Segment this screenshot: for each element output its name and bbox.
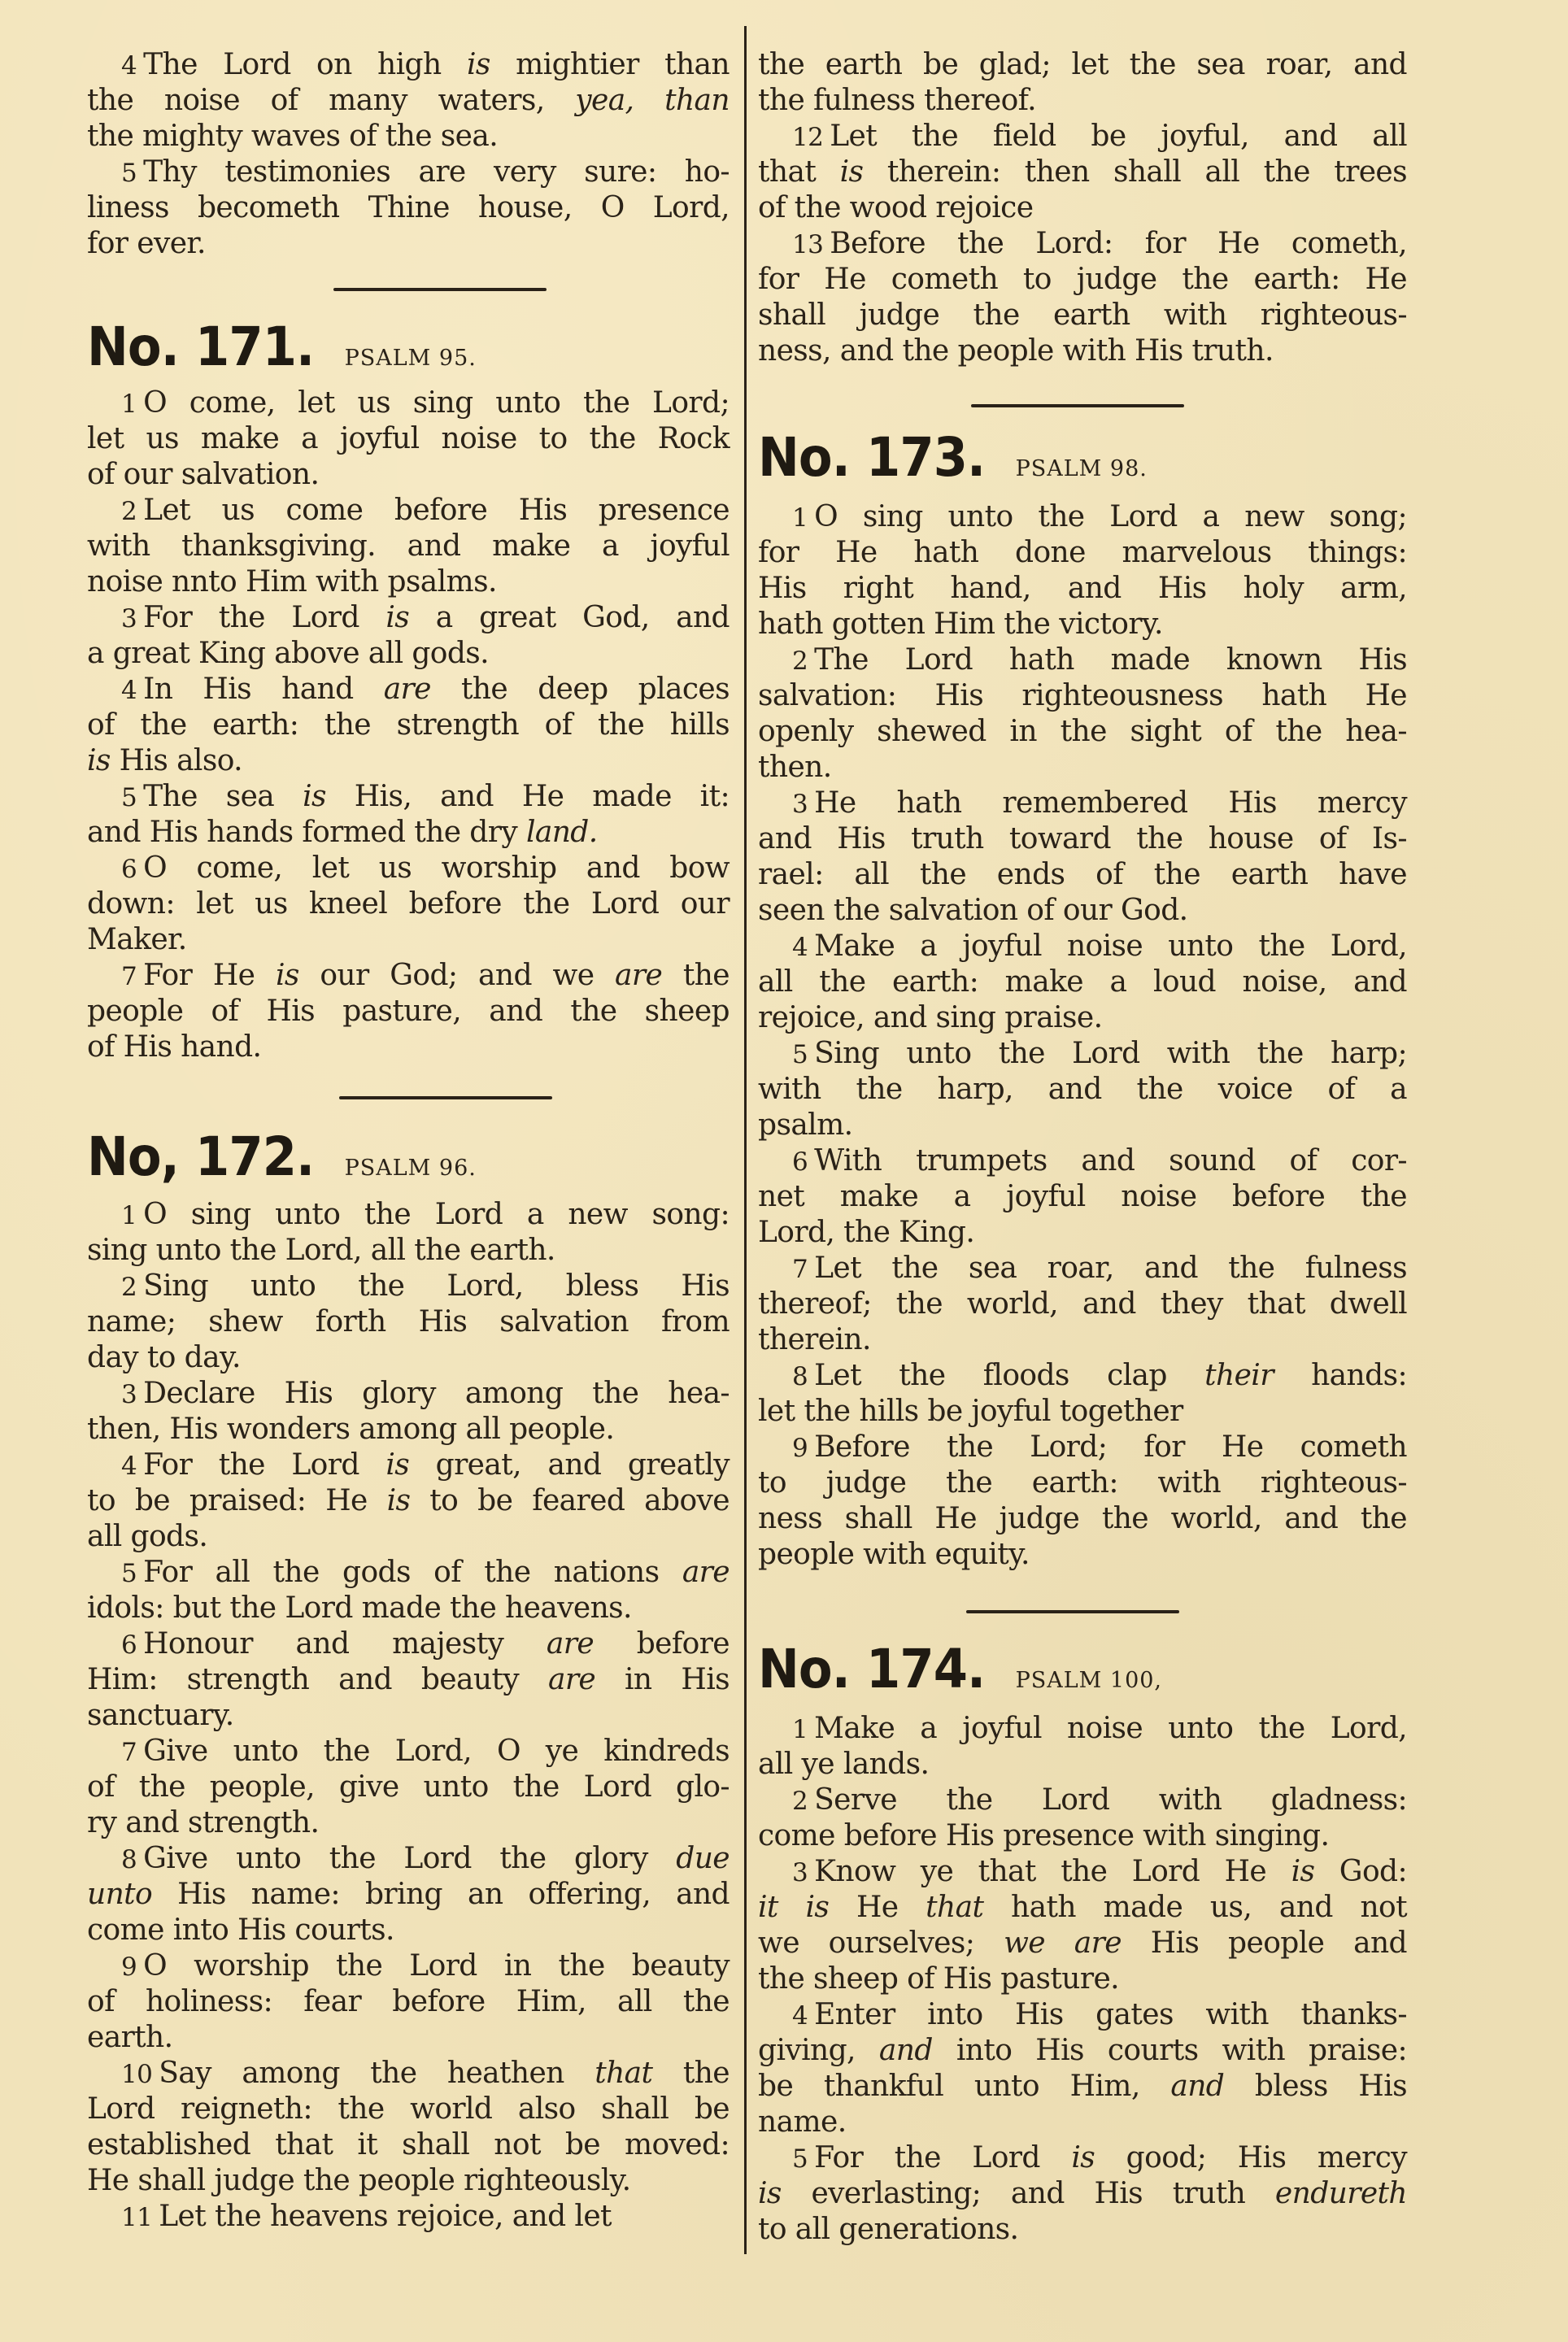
verse-line: people of His pasture, and the sheep [87,994,730,1030]
verse-number: 11 [121,2203,152,2232]
verse-number: 5 [792,1040,808,1069]
verse-line: His right hand, and His holy arm, [758,571,1407,607]
verse-line: the noise of many waters, yea, than [87,83,730,119]
verse-number: 5 [121,783,137,812]
verse-line: 2Sing unto the Lord, bless His [87,1269,730,1304]
verse-line: of holiness: fear before Him, all the [87,1984,730,2020]
verse-line: He shall judge the people righteously. [87,2163,730,2199]
verse-line: 5For the Lord is good; His mercy [758,2140,1407,2176]
verse-line: and His truth toward the house of Is- [758,821,1407,857]
verse-number: 8 [121,1845,137,1874]
verse-number: 3 [121,604,137,633]
verse-line: name. [758,2105,1407,2140]
verse-line: of the people, give unto the Lord glo- [87,1770,730,1805]
verse-line: openly shewed in the sight of the hea- [758,714,1407,750]
verse-line: net make a joyful noise before the [758,1179,1407,1215]
verse-line: unto His name: bring an offering, and [87,1877,730,1913]
verse-number: 4 [121,676,137,705]
verse-line: then, His wonders among all people. [87,1412,730,1447]
verse-line: name; shew forth His salvation from [87,1304,730,1340]
verse-number: 2 [792,646,808,676]
verse-line: all the earth: make a loud noise, and [758,964,1407,1000]
verse-number: 4 [121,51,137,81]
verse-number: 13 [792,230,823,259]
verse-line: 10Say among the heathen that the [87,2056,730,2092]
verse-line: 4Make a joyful noise unto the Lord, [758,929,1407,964]
verse-line: is His also. [87,743,730,779]
verse-line: noise nnto Him with psalms. [87,564,730,600]
verse-number: 2 [121,497,137,526]
verse-line: 2Let us come before His presence [87,493,730,529]
verse-number: 7 [121,1738,137,1767]
verse-line: established that it shall not be moved: [87,2127,730,2163]
right-column: the earth be glad; let the sea roar, and… [758,0,1407,2342]
verse-line: all ye lands. [758,1747,1407,1783]
verse-line: shall judge the earth with righteous- [758,298,1407,333]
verse-line: that is therein: then shall all the tree… [758,155,1407,190]
verse-number: 3 [792,790,808,819]
verse-line: 5Thy testimonies are very sure: ho- [87,155,730,190]
verse-line: and His hands formed the dry land. [87,815,730,851]
verse-line: the earth be glad; let the sea roar, and [758,47,1407,83]
section-rule [971,404,1184,407]
hymn-number: No. 174. [758,1638,985,1700]
verse-line: to be praised: He is to be feared above [87,1483,730,1519]
verse-line: of His hand. [87,1030,730,1065]
psalm-reference: PSALM 98. [1016,456,1148,481]
verse-line: 13Before the Lord: for He cometh, [758,226,1407,262]
verse-line: 2The Lord hath made known His [758,642,1407,678]
verse-line: 3For the Lord is a great God, and [87,600,730,636]
verse-number: 6 [121,1630,137,1660]
verse-line: we ourselves; we are His people and [758,1926,1407,1961]
verse-line: 9O worship the Lord in the beauty [87,1948,730,1984]
verse-line: salvation: His righteousness hath He [758,678,1407,714]
verse-line: Him: strength and beauty are in His [87,1662,730,1698]
hymn-number: No. 173. [758,426,985,489]
verse-line: 7Give unto the Lord, O ye kindreds [87,1734,730,1770]
verse-line: 6With trumpets and sound of cor- [758,1143,1407,1179]
verse-line: 3He hath remembered His mercy [758,786,1407,821]
verse-line: 8Give unto the Lord the glory due [87,1841,730,1877]
verse-line: let us make a joyful noise to the Rock [87,421,730,457]
hymn-172-text: 1O sing unto the Lord a new song:sing un… [87,1197,730,2235]
verse-line: psalm. [758,1108,1407,1143]
verse-line: the sheep of His pasture. [758,1961,1407,1997]
verse-line: come before His presence with singing. [758,1818,1407,1854]
verse-number: 1 [792,503,808,533]
verse-number: 4 [792,933,808,962]
psalm-93-continuation: 4The Lord on high is mightier thanthe no… [87,47,730,262]
verse-line: of the wood rejoice [758,190,1407,226]
verse-line: 4Enter into His gates with thanks- [758,1997,1407,2033]
psalm-reference: PSALM 100, [1016,1668,1162,1693]
verse-number: 4 [792,2001,808,2031]
verse-line: 1Make a joyful noise unto the Lord, [758,1711,1407,1747]
verse-line: liness becometh Thine house, O Lord, [87,190,730,226]
verse-line: a great King above all gods. [87,636,730,672]
verse-number: 3 [121,1380,137,1409]
verse-line: let the hills be joyful together [758,1394,1407,1430]
verse-line: idols: but the Lord made the heavens. [87,1591,730,1626]
verse-number: 1 [792,1715,808,1744]
verse-line: rael: all the ends of the earth have [758,857,1407,893]
hymn-number: No, 172. [87,1125,314,1188]
verse-line: 8Let the floods clap their hands: [758,1358,1407,1394]
verse-line: the fulness thereof. [758,83,1407,119]
verse-line: for He cometh to judge the earth: He [758,262,1407,298]
section-rule [333,288,547,291]
verse-number: 7 [121,962,137,991]
verse-line: therein. [758,1322,1407,1358]
hymn-174-text: 1Make a joyful noise unto the Lord,all y… [758,1711,1407,2248]
verse-line: 4The Lord on high is mightier than [87,47,730,83]
verse-line: 4In His hand are the deep places [87,672,730,707]
psalm-96-continuation: the earth be glad; let the sea roar, and… [758,47,1407,369]
verse-number: 7 [792,1255,808,1284]
verse-line: 3Know ye that the Lord He is God: [758,1854,1407,1890]
verse-number: 5 [792,2144,808,2174]
verse-number: 5 [121,159,137,188]
verse-number: 2 [121,1273,137,1302]
verse-line: ness, and the people with His truth. [758,333,1407,369]
section-rule [966,1610,1179,1613]
verse-number: 12 [792,123,823,152]
hymn-171-heading: No. 171. PSALM 95. [87,316,477,372]
verse-number: 2 [792,1787,808,1816]
hymn-173-heading: No. 173. PSALM 98. [758,426,1148,483]
verse-line: 7Let the sea roar, and the fulness [758,1251,1407,1286]
verse-line: 2Serve the Lord with gladness: [758,1783,1407,1818]
verse-line: 6Honour and majesty are before [87,1626,730,1662]
verse-number: 6 [792,1147,808,1177]
verse-line: with the harp, and the voice of a [758,1072,1407,1108]
psalm-reference: PSALM 96. [345,1156,477,1181]
verse-line: for ever. [87,226,730,262]
verse-number: 3 [792,1858,808,1887]
verse-line: 1O come, let us sing unto the Lord; [87,385,730,421]
verse-line: to judge the earth: with righteous- [758,1465,1407,1501]
hymn-174-heading: No. 174. PSALM 100, [758,1638,1162,1695]
hymn-172-heading: No, 172. PSALM 96. [87,1125,477,1182]
verse-line: 7For He is our God; and we are the [87,958,730,994]
verse-line: 5The sea is His, and He made it: [87,779,730,815]
verse-line: day to day. [87,1340,730,1376]
verse-line: of our salvation. [87,457,730,493]
verse-line: all gods. [87,1519,730,1555]
verse-number: 8 [792,1362,808,1391]
verse-line: 5For all the gods of the nations are [87,1555,730,1591]
verse-line: seen the salvation of our God. [758,893,1407,929]
verse-line: 5Sing unto the Lord with the harp; [758,1036,1407,1072]
verse-line: earth. [87,2020,730,2056]
section-rule [339,1096,552,1099]
verse-line: 11Let the heavens rejoice, and let [87,2199,730,2235]
verse-number: 6 [121,855,137,884]
verse-line: 4For the Lord is great, and greatly [87,1447,730,1483]
verse-line: then. [758,750,1407,786]
verse-line: 9Before the Lord; for He cometh [758,1430,1407,1465]
verse-line: 1O sing unto the Lord a new song; [758,499,1407,535]
verse-number: 9 [121,1952,137,1982]
left-column: 4The Lord on high is mightier thanthe no… [87,0,730,2342]
verse-line: hath gotten Him the victory. [758,607,1407,642]
verse-line: it is He that hath made us, and not [758,1890,1407,1926]
verse-number: 1 [121,1201,137,1230]
verse-line: thereof; the world, and they that dwell [758,1286,1407,1322]
verse-number: 10 [121,2060,152,2089]
verse-line: Lord reigneth: the world also shall be [87,2092,730,2127]
verse-line: 3Declare His glory among the hea- [87,1376,730,1412]
verse-number: 1 [121,390,137,419]
verse-line: sanctuary. [87,1698,730,1734]
verse-line: rejoice, and sing praise. [758,1000,1407,1036]
verse-line: sing unto the Lord, all the earth. [87,1233,730,1269]
verse-line: 6O come, let us worship and bow [87,851,730,886]
verse-line: ness shall He judge the world, and the [758,1501,1407,1537]
hymn-number: No. 171. [87,316,314,378]
verse-line: is everlasting; and His truth endureth [758,2176,1407,2212]
verse-line: 1O sing unto the Lord a new song: [87,1197,730,1233]
verse-line: of the earth: the strength of the hills [87,707,730,743]
verse-line: people with equity. [758,1537,1407,1573]
verse-line: down: let us kneel before the Lord our [87,886,730,922]
verse-line: to all generations. [758,2212,1407,2248]
verse-line: ry and strength. [87,1805,730,1841]
verse-line: with thanksgiving. and make a joyful [87,529,730,564]
verse-line: Lord, the King. [758,1215,1407,1251]
psalm-reference: PSALM 95. [345,346,477,371]
verse-number: 9 [792,1434,808,1463]
verse-line: giving, and into His courts with praise: [758,2033,1407,2069]
verse-line: 12Let the field be joyful, and all [758,119,1407,155]
hymn-171-text: 1O come, let us sing unto the Lord;let u… [87,385,730,1065]
verse-line: the mighty waves of the sea. [87,119,730,155]
hymn-173-text: 1O sing unto the Lord a new song;for He … [758,499,1407,1573]
verse-line: for He hath done marvelous things: [758,535,1407,571]
column-divider [744,26,747,2254]
verse-line: be thankful unto Him, and bless His [758,2069,1407,2105]
verse-line: come into His courts. [87,1913,730,1948]
verse-number: 5 [121,1559,137,1588]
verse-line: Maker. [87,922,730,958]
verse-number: 4 [121,1452,137,1481]
